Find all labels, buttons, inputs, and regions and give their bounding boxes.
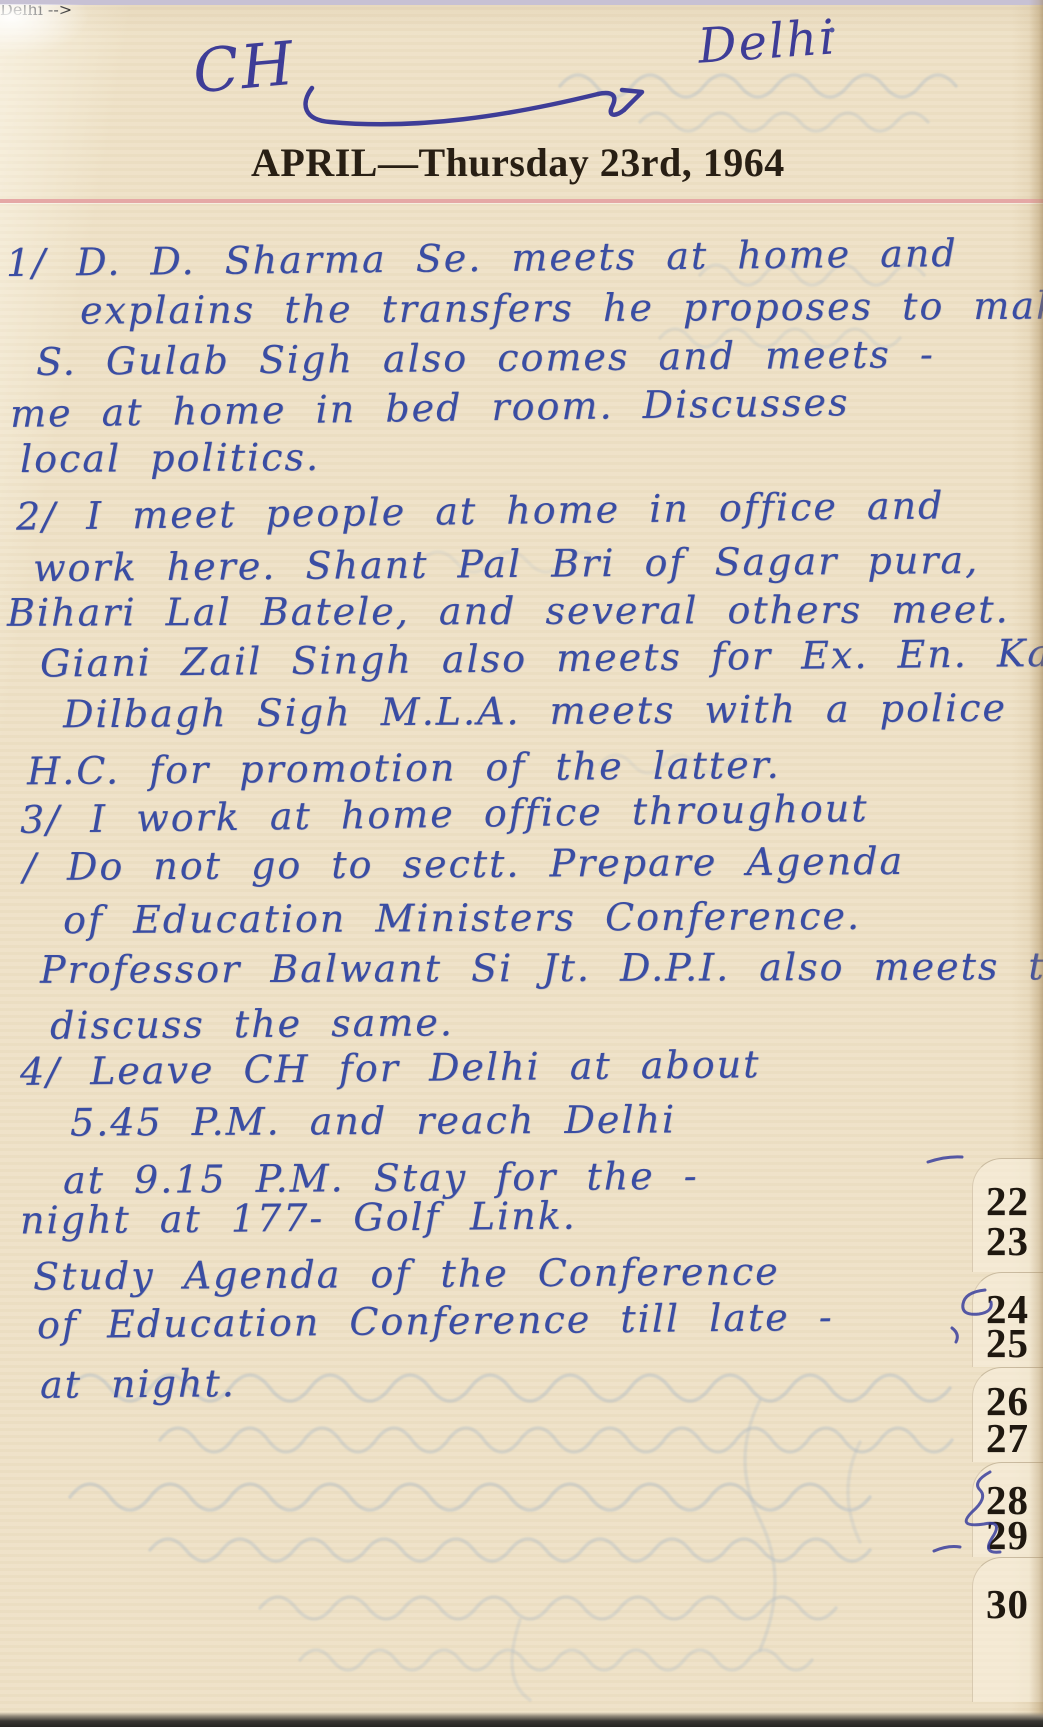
date-tab-30: 30 (986, 1584, 1029, 1625)
handwriting-line: discuss the same. (50, 1001, 454, 1048)
handwriting-line: 4/ Leave CH for Delhi at about (20, 1043, 761, 1094)
page-edge-right (1029, 0, 1043, 1727)
handwriting-line: S. Gulab Sigh also comes and meets - (36, 333, 935, 385)
handwriting-line: at night. (40, 1362, 236, 1407)
date-tab-29: 29 (986, 1515, 1029, 1556)
route-origin: CH (190, 29, 298, 108)
diary-page: Delhi --> CH Delhi APRIL—Thursday 23rd, … (0, 0, 1043, 1727)
handwriting-line: of Education Conference till late - (37, 1296, 834, 1348)
date-tab-22: 22 (986, 1181, 1029, 1222)
handwriting-line: Professor Balwant Si Jt. D.P.I. also mee… (40, 945, 1043, 992)
handwriting-line: Dilbagh Sigh M.L.A. meets with a police (63, 687, 1007, 737)
printed-date-header: APRIL—Thursday 23rd, 1964 (251, 139, 785, 186)
scan-edge-bottom (0, 1712, 1043, 1727)
route-destination: Delhi (696, 9, 838, 75)
handwriting-line: 3/ I work at home office throughout (20, 787, 869, 843)
handwriting-line: of Education Ministers Conference. (63, 895, 861, 943)
handwriting-line: H.C. for promotion of the latter. (27, 744, 781, 794)
handwriting-line: 2/ I meet people at home in office and (16, 484, 945, 539)
date-tab-25: 25 (986, 1323, 1029, 1364)
date-tab-27: 27 (986, 1418, 1029, 1459)
handwriting-line: night at 177- Golf Link. (20, 1195, 577, 1244)
handwriting-line: Bihari Lal Batele, and several others me… (7, 588, 1010, 635)
handwriting-line: Giani Zail Singh also meets for Ex. En. … (40, 631, 1043, 686)
handwriting-line: work here. Shant Pal Bri of Sagar pura, (33, 539, 979, 591)
handwriting-line: Study Agenda of the Conference (33, 1250, 780, 1299)
handwriting-line: local politics. (20, 436, 320, 482)
date-tab-23: 23 (986, 1221, 1029, 1262)
scan-edge-top (0, 0, 1043, 5)
handwriting-line: 5.45 P.M. and reach Delhi (70, 1098, 676, 1145)
handwriting-line: 1/ D. D. Sharma Se. meets at home and (6, 232, 958, 286)
handwriting-line: me at home in bed room. Discusses (10, 381, 850, 436)
handwriting-line: / Do not go to sectt. Prepare Agenda (23, 840, 904, 890)
header-rule (0, 199, 1043, 203)
handwriting-line: explains the transfers he proposes to ma… (80, 284, 1043, 333)
page-corner-highlight (0, 4, 90, 56)
